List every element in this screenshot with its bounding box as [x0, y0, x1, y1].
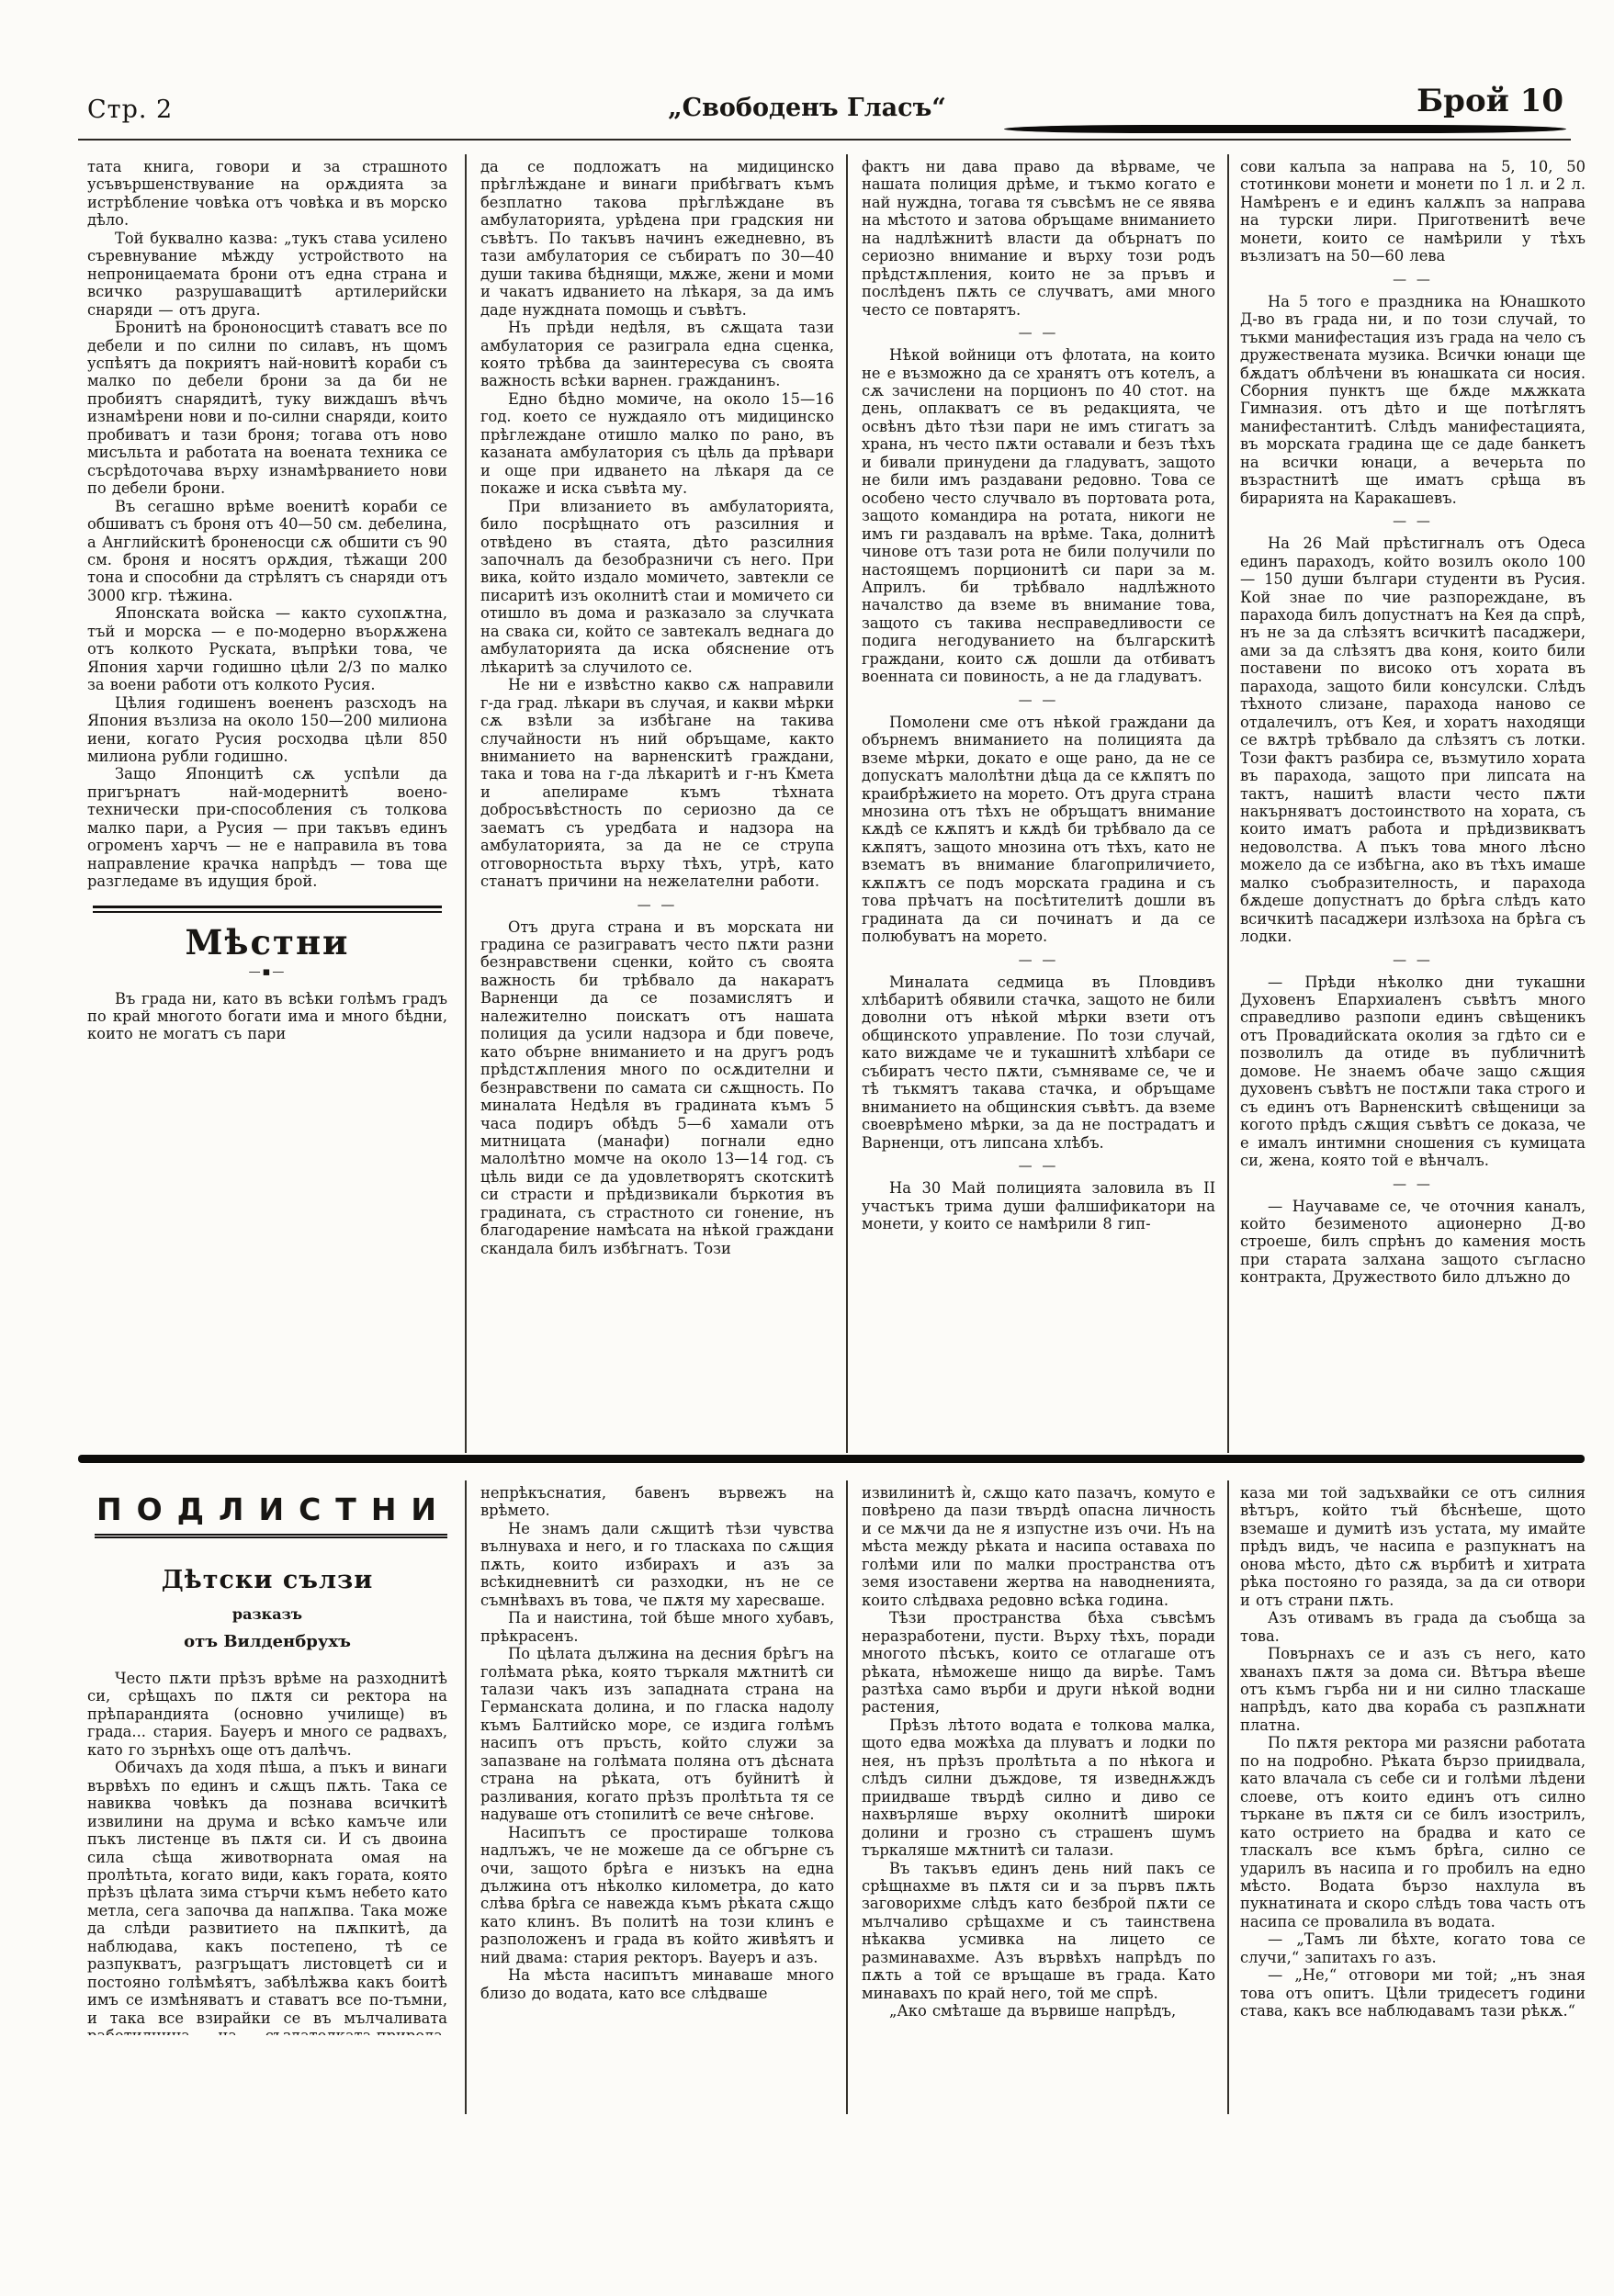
article-paragraph: Той буквално казва: „тукъ става усилено …	[87, 230, 447, 319]
story-paragraph: Въ такъвъ единъ день ний пакъ се срѣщнах…	[862, 1860, 1215, 2003]
newspaper-page: Стр. 2 „Свободенъ Гласъ“ Брой 10 тата кн…	[0, 0, 1614, 2296]
item-divider: — —	[862, 686, 1215, 714]
item-divider: — —	[1240, 507, 1586, 535]
story-paragraph: — „Не,“ отговори ми той; „нъ зная това о…	[1240, 1966, 1586, 2020]
story-paragraph: Обичахъ да ходя пѣша, а пъкъ и винаги въ…	[87, 1759, 447, 2035]
article-paragraph: сови калъпа за направа на 5, 10, 50 стот…	[1240, 158, 1586, 265]
section-title-local: Мѣстни	[87, 922, 447, 962]
article-paragraph: Защо Японцитѣ сѫ успѣли да пригърнатъ на…	[87, 765, 447, 890]
story-paragraph: По пѫтя ректора ми разясни работата по н…	[1240, 1734, 1586, 1930]
item-divider: — —	[862, 1152, 1215, 1179]
article-paragraph: Бронитѣ на брононосцитѣ ставатъ все по д…	[87, 319, 447, 498]
article-paragraph: да се подложатъ на мидицинско прѣглѣждан…	[480, 158, 834, 319]
story-paragraph: непрѣкъснатия, бавенъ вървежъ на врѣмето…	[480, 1484, 834, 1520]
story-paragraph: Прѣзъ лѣтото водата е толкова малка, щот…	[862, 1716, 1215, 1860]
article-paragraph: Въ сегашно врѣме военитѣ кораби се обшив…	[87, 498, 447, 605]
feuilleton-section-title: ПОДЛИСТНИКЪ	[95, 1491, 447, 1538]
article-paragraph: Нъ прѣди недѣля, въ сѫщата тази амбулато…	[480, 319, 834, 390]
news-column-1: тата книга, говори и за страшното усъвър…	[87, 158, 447, 1453]
section-double-rule	[93, 906, 442, 913]
article-paragraph: На 30 Май полицията заловила въ II участ…	[862, 1179, 1215, 1232]
article-paragraph: Японската войска — както сухопѫтна, тъй …	[87, 604, 447, 693]
article-paragraph: — Прѣди нѣколко дни тукашни Духовенъ Епа…	[1240, 974, 1586, 1170]
article-paragraph: фактъ ни дава право да вѣрваме, че нашат…	[862, 158, 1215, 319]
story-paragraph: каза ми той задъхвайки се отъ силния вѣт…	[1240, 1484, 1586, 1609]
news-column-4: сови калъпа за направа на 5, 10, 50 стот…	[1240, 158, 1586, 1453]
article-paragraph: — Научаваме се, че оточния каналъ, който…	[1240, 1198, 1586, 1287]
column-rule	[1227, 154, 1229, 1453]
section-ornament: —▪—	[87, 962, 447, 983]
item-divider: — —	[1240, 1170, 1586, 1198]
story-paragraph: Азъ отивамъ въ града да съобща за това.	[1240, 1609, 1586, 1645]
news-column-3: фактъ ни дава право да вѣрваме, че нашат…	[862, 158, 1215, 1453]
feuilleton-column-1: ПОДЛИСТНИКЪ Дѣтски сълзи разказъ отъ Вил…	[87, 1484, 447, 2035]
item-divider: — —	[862, 946, 1215, 974]
article-paragraph: тата книга, говори и за страшното усъвър…	[87, 158, 447, 230]
article-paragraph: Нѣкой войници отъ флотата, на които не е…	[862, 346, 1215, 686]
story-paragraph: Тѣзи пространства бѣха съвсѣмъ неразрабо…	[862, 1609, 1215, 1716]
story-paragraph: „Ако смѣташе да вървише напрѣдъ,	[862, 2002, 1215, 2020]
story-paragraph: По цѣлата дължина на десния брѣгъ на гол…	[480, 1645, 834, 1824]
column-rule	[846, 1480, 848, 2114]
article-paragraph: На 26 Май прѣстигналъ отъ Одеса единъ па…	[1240, 535, 1586, 945]
column-rule	[1227, 1480, 1229, 2114]
story-paragraph: — „Тамъ ли бѣхте, когато това се случи,“…	[1240, 1930, 1586, 1966]
feuilleton-separator-rule	[78, 1455, 1585, 1463]
feuilleton-column-2: непрѣкъснатия, бавенъ вървежъ на врѣмето…	[480, 1484, 834, 2269]
article-paragraph: Едно бѣдно момиче, на около 15—16 год. к…	[480, 390, 834, 498]
item-divider: — —	[1240, 265, 1586, 293]
issue-number-label: Брой 10	[1416, 83, 1563, 119]
article-paragraph: Въ града ни, като въ всѣки голѣмъ градъ …	[87, 990, 447, 1043]
article-paragraph: Не ни е извѣстно какво сѫ направили г-да…	[480, 676, 834, 890]
story-paragraph: Па и наистина, той бѣше много хубавъ, пр…	[480, 1609, 834, 1645]
story-author: отъ Вилденбрухъ	[87, 1632, 447, 1651]
story-paragraph: Не знамъ дали сѫщитѣ тѣзи чувства вълнув…	[480, 1520, 834, 1609]
column-rule	[465, 154, 467, 1453]
item-divider: — —	[862, 319, 1215, 346]
article-paragraph: Цѣлия годишенъ воененъ разсходъ на Япони…	[87, 694, 447, 766]
column-rule	[465, 1480, 467, 2114]
item-divider: — —	[1240, 946, 1586, 974]
story-genre: разказъ	[87, 1605, 447, 1623]
story-paragraph: извилинитѣ ѝ, сѫщо като пазачъ, комуто е…	[862, 1484, 1215, 1609]
story-paragraph: На мѣста насипътъ минаваше много близо д…	[480, 1966, 834, 2002]
feuilleton-column-3: извилинитѣ ѝ, сѫщо като пазачъ, комуто е…	[862, 1484, 1215, 2113]
story-paragraph: Повърнахъ се и азъ съ него, като хванахъ…	[1240, 1645, 1586, 1734]
story-paragraph: Насипътъ се простираше толкова надлъжъ, …	[480, 1824, 834, 1967]
news-column-2: да се подложатъ на мидицинско прѣглѣждан…	[480, 158, 834, 1453]
header-heavy-rule	[1004, 125, 1566, 133]
item-divider: — —	[480, 891, 834, 918]
article-paragraph: На 5 того е праздника на Юнашкото Д-во в…	[1240, 293, 1586, 507]
article-paragraph: Миналата седмица въ Пловдивъ хлѣбаритѣ о…	[862, 974, 1215, 1153]
header-rule	[78, 139, 1571, 141]
story-paragraph: Често пѫти прѣзъ врѣме на разходнитѣ си,…	[87, 1670, 447, 1759]
article-paragraph: Отъ друга страна и въ морската ни градин…	[480, 918, 834, 1258]
article-paragraph: При влизанието въ амбулаторията, било по…	[480, 498, 834, 677]
newspaper-masthead: „Свободенъ Гласъ“	[0, 94, 1614, 122]
article-paragraph: Помолени сме отъ нѣкой граждани да обърн…	[862, 714, 1215, 946]
feuilleton-column-4: каза ми той задъхвайки се отъ силния вѣт…	[1240, 1484, 1586, 2136]
story-title: Дѣтски сълзи	[87, 1566, 447, 1594]
column-rule	[846, 154, 848, 1453]
